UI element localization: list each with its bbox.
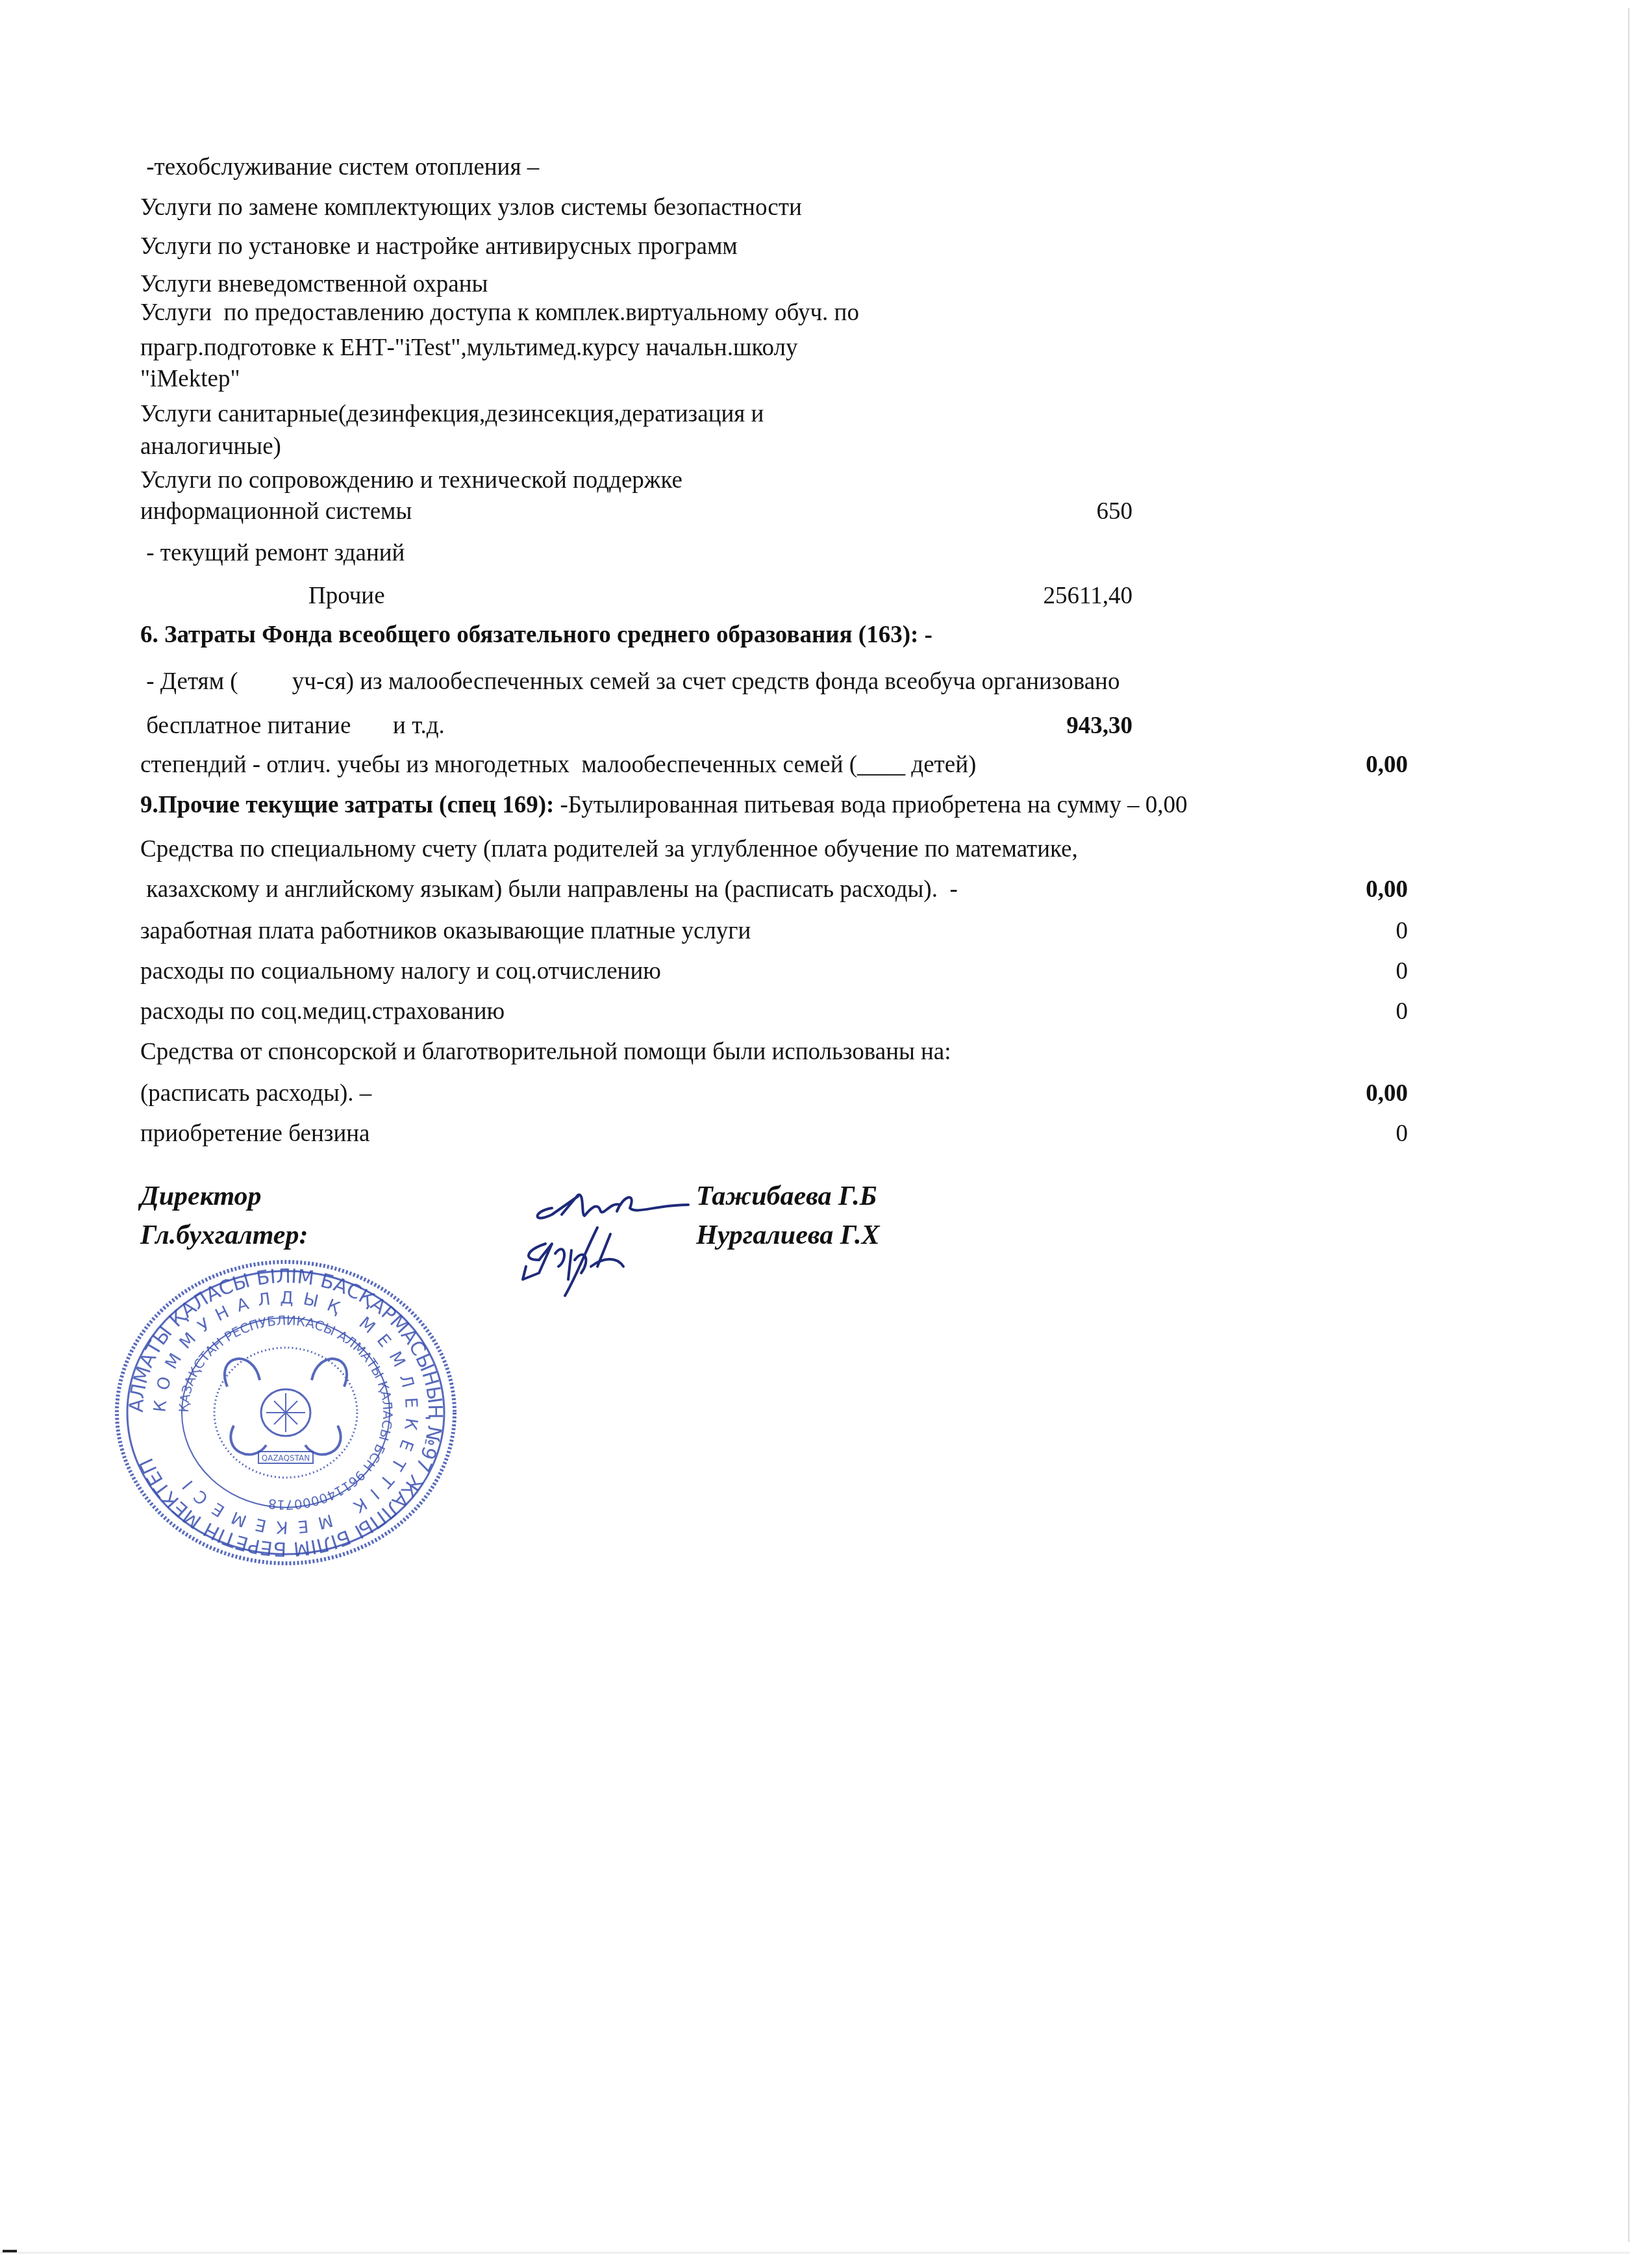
document-line: степендий - отлич. учебы из многодетных … xyxy=(140,747,1413,783)
section-heading: 9.Прочие текущие затраты (спец 169): xyxy=(140,792,560,818)
document-line: Средства от спонсорской и благотворитель… xyxy=(140,1034,1413,1070)
line-label: Услуги по установке и настройке антивиру… xyxy=(140,229,738,265)
document-line: расходы по социальному налогу и соц.отчи… xyxy=(140,953,1413,990)
document-line: аналогичные) xyxy=(140,429,1413,465)
line-amount: 0,00 xyxy=(1366,872,1408,908)
line-label: - текущий ремонт зданий xyxy=(140,535,405,572)
line-label: степендий - отлич. учебы из многодетных … xyxy=(140,747,976,783)
document-line: приобретение бензина0 xyxy=(140,1116,1413,1152)
document-line: (расписать расходы). –0,00 xyxy=(140,1076,1413,1112)
line-label: информационной системы xyxy=(140,494,412,530)
page-edge-shadow xyxy=(1628,8,1630,2242)
line-amount: 0 xyxy=(1396,953,1408,990)
line-label: Средства от спонсорской и благотворитель… xyxy=(140,1034,951,1070)
line-amount: 25611,40 xyxy=(1044,578,1133,614)
line-label: Прочие xyxy=(140,578,385,614)
line-label: (расписать расходы). – xyxy=(140,1076,371,1112)
document-line: Услуги по установке и настройке антивиру… xyxy=(140,229,1413,265)
line-label: 9.Прочие текущие затраты (спец 169): -Бу… xyxy=(140,787,1188,824)
document-line: Прочие25611,40 xyxy=(140,578,1413,614)
line-label: -техобслуживание систем отопления – xyxy=(140,149,539,186)
document-line: 9.Прочие текущие затраты (спец 169): -Бу… xyxy=(140,787,1413,824)
document-line: - Детям ( уч-ся) из малообеспеченных сем… xyxy=(140,664,1413,700)
line-amount: 943,30 xyxy=(1066,708,1133,744)
document-line: - текущий ремонт зданий xyxy=(140,535,1413,572)
line-label: аналогичные) xyxy=(140,429,281,465)
scan-artifact xyxy=(3,2250,17,2252)
svg-text:QAZAQSTAN: QAZAQSTAN xyxy=(262,1454,310,1463)
line-label: Услуги санитарные(дезинфекция,дезинсекци… xyxy=(140,396,764,433)
line-label: Услуги по замене комплектующих узлов сис… xyxy=(140,190,802,226)
director-name: Тажибаева Г.Б xyxy=(696,1177,877,1216)
line-amount: 0 xyxy=(1396,913,1408,950)
document-line: Средства по специальному счету (плата ро… xyxy=(140,831,1413,868)
line-label: заработная плата работников оказывающие … xyxy=(140,913,751,950)
line-label: Средства по специальному счету (плата ро… xyxy=(140,831,1078,868)
document-line: -техобслуживание систем отопления – xyxy=(140,149,1413,186)
director-title: Директор xyxy=(140,1177,262,1216)
line-text: -Бутылированная питьевая вода приобретен… xyxy=(560,792,1188,818)
line-amount: 0,00 xyxy=(1366,1076,1408,1112)
handwritten-signatures xyxy=(507,1176,695,1299)
document-line: "iMektep" xyxy=(140,361,1413,397)
line-label: бесплатное питание и т.д. xyxy=(140,708,445,744)
document-line: расходы по соц.медиц.страхованию0 xyxy=(140,994,1413,1030)
line-amount: 650 xyxy=(1097,494,1133,530)
page-bottom-edge xyxy=(0,2252,1630,2254)
document-line: Услуги по замене комплектующих узлов сис… xyxy=(140,190,1413,226)
line-label: расходы по социальному налогу и соц.отчи… xyxy=(140,953,661,990)
line-label: Услуги по предоставлению доступа к компл… xyxy=(140,295,859,331)
line-amount: 0,00 xyxy=(1366,747,1408,783)
document-line: Услуги санитарные(дезинфекция,дезинсекци… xyxy=(140,396,1413,433)
document-line: казахскому и английскому языкам) были на… xyxy=(140,872,1413,908)
document-line: 6. Затраты Фонда всеобщего обязательного… xyxy=(140,617,1413,653)
accountant-title: Гл.бухгалтер: xyxy=(140,1216,308,1255)
line-amount: 0 xyxy=(1396,1116,1408,1152)
accountant-name: Нургалиева Г.Х xyxy=(696,1216,880,1255)
line-label: расходы по соц.медиц.страхованию xyxy=(140,994,505,1030)
line-amount: 0 xyxy=(1396,994,1408,1030)
document-line: заработная плата работников оказывающие … xyxy=(140,913,1413,950)
document-line: Услуги по предоставлению доступа к компл… xyxy=(140,295,1413,331)
line-label: - Детям ( уч-ся) из малообеспеченных сем… xyxy=(140,664,1120,700)
official-seal-stamp: АЛМАТЫ ҚАЛАСЫ БІЛІМ БАСҚАРМАСЫНЫҢ №97 ЖА… xyxy=(104,1257,468,1568)
document-line: информационной системы650 xyxy=(140,494,1413,530)
document-line: бесплатное питание и т.д.943,30 xyxy=(140,708,1413,744)
line-label: казахскому и английскому языкам) были на… xyxy=(140,872,958,908)
line-label: 6. Затраты Фонда всеобщего обязательного… xyxy=(140,617,932,653)
line-label: приобретение бензина xyxy=(140,1116,369,1152)
line-label: "iMektep" xyxy=(140,361,240,397)
